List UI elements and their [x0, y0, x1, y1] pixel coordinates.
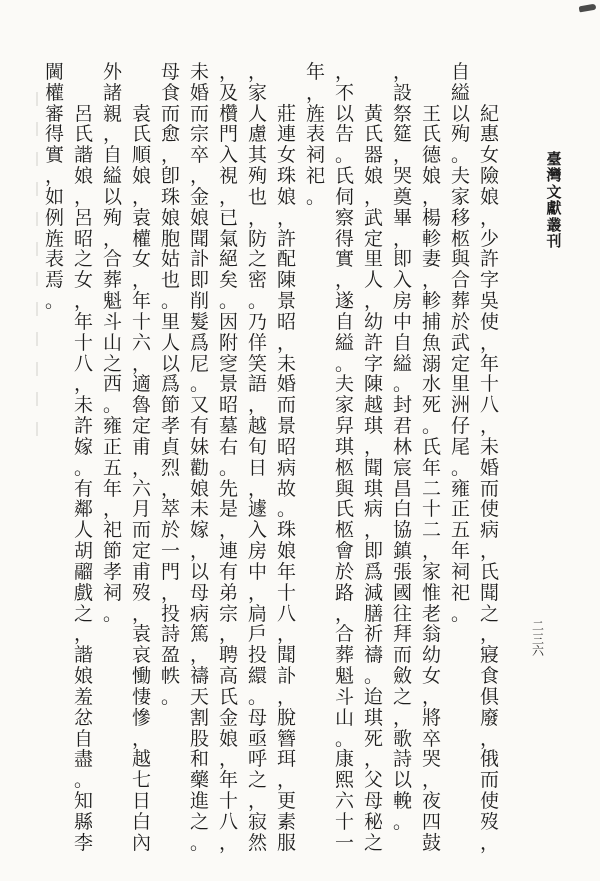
char-cell: 膳 — [363, 604, 384, 625]
char-cell: 二 — [532, 620, 544, 633]
char-cell: 水 — [421, 374, 442, 395]
char-cell: 字 — [479, 270, 500, 291]
char-cell: ， — [276, 333, 297, 354]
char-cell: 六 — [131, 479, 152, 500]
char-cell: ， — [276, 624, 297, 645]
char-cell: 是 — [218, 499, 239, 520]
char-cell: 實 — [334, 249, 355, 270]
char-cell: 柩 — [450, 229, 471, 250]
char-cell: ， — [479, 833, 500, 854]
char-cell: 陳 — [276, 270, 297, 291]
char-cell — [479, 62, 500, 83]
char-cell: ， — [479, 208, 500, 229]
char-cell: 景 — [218, 374, 239, 395]
char-cell: 宗 — [189, 124, 210, 145]
char-cell: 與 — [334, 479, 355, 500]
char-cell: ， — [189, 645, 210, 666]
char-cell: 路 — [334, 583, 355, 604]
char-cell: 藥 — [189, 770, 210, 791]
char-cell: 白 — [392, 499, 413, 520]
char-cell: 聞 — [363, 458, 384, 479]
char-cell: 禱 — [189, 666, 210, 687]
collection-title: 臺灣文獻叢刊 — [544, 151, 564, 249]
char-cell: 母 — [160, 62, 181, 83]
char-cell: 李 — [73, 833, 94, 854]
char-cell: 景 — [276, 291, 297, 312]
char-cell: ， — [131, 354, 152, 375]
char-cell: 人 — [363, 270, 384, 291]
char-cell: 嫁 — [73, 437, 94, 458]
char-cell: 莊 — [276, 104, 297, 125]
char-cell: 未 — [189, 62, 210, 83]
char-cell: 進 — [189, 791, 210, 812]
char-cell: 幼 — [363, 312, 384, 333]
char-cell: 越 — [131, 749, 152, 770]
char-cell — [276, 62, 297, 83]
char-cell: 。 — [218, 291, 239, 312]
char-cell: 昭 — [218, 395, 239, 416]
char-cell: 乃 — [247, 312, 268, 333]
char-cell: 國 — [392, 583, 413, 604]
char-cell: 年 — [102, 479, 123, 500]
char-cell: 二 — [421, 520, 442, 541]
char-cell: 之 — [73, 249, 94, 270]
char-cell: 權 — [131, 229, 152, 250]
char-cell: ， — [363, 749, 384, 770]
char-cell: 未 — [479, 437, 500, 458]
char-cell: 投 — [247, 645, 268, 666]
char-cell: 文 — [546, 184, 561, 200]
char-cell: 八 — [218, 812, 239, 833]
text-column: 黃氏器娘，武定里人，幼許字陳越琪，聞琪病，即爲減膳祈禱。迨琪死，父母秘之 — [359, 62, 388, 854]
char-cell: 氏 — [421, 124, 442, 145]
char-cell: 。 — [334, 729, 355, 750]
char-cell: 八 — [479, 395, 500, 416]
char-cell: ， — [363, 437, 384, 458]
char-cell: 更 — [276, 791, 297, 812]
char-cell: 娘 — [421, 166, 442, 187]
char-cell: 孝 — [160, 416, 181, 437]
char-cell: 有 — [189, 416, 210, 437]
char-cell: 祭 — [392, 104, 413, 125]
char-cell: 一 — [160, 541, 181, 562]
char-cell: ， — [189, 166, 210, 187]
char-cell: 旌 — [305, 104, 326, 125]
char-cell — [131, 62, 152, 83]
char-cell: 和 — [189, 749, 210, 770]
char-cell: 而 — [276, 395, 297, 416]
char-cell — [363, 62, 384, 83]
char-cell: ， — [102, 499, 123, 520]
char-cell — [421, 83, 442, 104]
char-cell: 氏 — [479, 562, 500, 583]
char-cell: 年 — [276, 562, 297, 583]
char-cell: 入 — [218, 145, 239, 166]
char-cell: 而 — [131, 520, 152, 541]
text-column: 外諸親，自縊以殉，合葬魁斗山之西。雍正五年，祀節孝祠。 — [98, 62, 127, 854]
char-cell: 也 — [247, 187, 268, 208]
char-cell: 烈 — [160, 458, 181, 479]
char-cell: 已 — [218, 208, 239, 229]
char-cell: 女 — [479, 145, 500, 166]
char-cell: ， — [421, 270, 442, 291]
char-cell: 以 — [392, 770, 413, 791]
char-cell: ， — [189, 541, 210, 562]
char-cell: 惠 — [479, 124, 500, 145]
scan-artifact-left-edge — [36, 92, 38, 452]
char-cell: 八 — [276, 604, 297, 625]
char-cell: 女 — [131, 249, 152, 270]
char-cell: ， — [334, 270, 355, 291]
char-cell: 移 — [450, 208, 471, 229]
char-cell: 俱 — [479, 687, 500, 708]
char-cell: 甫 — [131, 562, 152, 583]
char-cell: 。 — [44, 291, 65, 312]
char-cell: 娘 — [73, 666, 94, 687]
char-cell: ， — [392, 62, 413, 83]
char-cell: 門 — [160, 562, 181, 583]
char-cell: 氏 — [363, 124, 384, 145]
char-cell: 雍 — [102, 416, 123, 437]
char-cell: ， — [218, 833, 239, 854]
char-cell: ， — [363, 520, 384, 541]
char-cell: ， — [73, 374, 94, 395]
char-cell: ， — [73, 291, 94, 312]
char-cell: 娘 — [218, 729, 239, 750]
char-cell: 。 — [421, 416, 442, 437]
char-cell — [479, 83, 500, 104]
char-cell: 房 — [392, 291, 413, 312]
char-cell: 未 — [73, 395, 94, 416]
char-cell: 中 — [247, 562, 268, 583]
char-cell: 聞 — [479, 583, 500, 604]
char-cell: 附 — [218, 333, 239, 354]
char-cell: 金 — [189, 187, 210, 208]
char-cell: 表 — [44, 249, 65, 270]
char-cell: ， — [73, 187, 94, 208]
char-cell: 。 — [160, 291, 181, 312]
char-cell: 。 — [334, 145, 355, 166]
char-cell: ， — [131, 187, 152, 208]
char-cell: 昌 — [392, 479, 413, 500]
char-cell: 與 — [450, 249, 471, 270]
char-cell: 葬 — [102, 270, 123, 291]
char-cell: 捕 — [421, 312, 442, 333]
char-cell: ， — [334, 604, 355, 625]
char-cell: 人 — [247, 104, 268, 125]
char-cell: 家 — [334, 395, 355, 416]
char-cell: 筵 — [392, 124, 413, 145]
char-cell: 縣 — [73, 812, 94, 833]
char-cell: 縊 — [334, 333, 355, 354]
char-cell: 慘 — [131, 708, 152, 729]
char-cell: 簪 — [276, 729, 297, 750]
char-cell: 貞 — [160, 437, 181, 458]
char-cell: ， — [247, 479, 268, 500]
char-cell: 祀 — [102, 520, 123, 541]
char-cell: ， — [131, 458, 152, 479]
char-cell: 以 — [189, 562, 210, 583]
char-cell: 夫 — [334, 374, 355, 395]
char-cell: 戶 — [247, 624, 268, 645]
char-cell: ， — [276, 208, 297, 229]
char-cell: ， — [131, 729, 152, 750]
char-cell: 呂 — [73, 104, 94, 125]
char-cell: 婚 — [276, 374, 297, 395]
char-cell: 女 — [276, 145, 297, 166]
char-cell: 鬸 — [73, 562, 94, 583]
char-cell: 自 — [73, 729, 94, 750]
char-cell: 使 — [479, 312, 500, 333]
text-column: 紀惠女險娘，少許字吳使，年十八，未婚而使病，氏聞之，寢食俱廢，俄而使歿， — [475, 62, 504, 854]
char-cell: 親 — [102, 104, 123, 125]
char-cell: 器 — [363, 145, 384, 166]
char-cell: 節 — [102, 541, 123, 562]
char-cell: 聞 — [276, 645, 297, 666]
char-cell: 諸 — [102, 83, 123, 104]
char-cell: 即 — [189, 270, 210, 291]
char-cell: 。 — [247, 687, 268, 708]
char-cell: 年 — [73, 312, 94, 333]
scan-artifact-top-right — [579, 4, 597, 13]
char-cell: 於 — [334, 562, 355, 583]
char-cell: ， — [479, 729, 500, 750]
char-cell: 病 — [363, 499, 384, 520]
char-cell: 帙 — [160, 666, 181, 687]
char-cell: 之 — [102, 354, 123, 375]
char-cell: ， — [421, 770, 442, 791]
page-number: 二三六 — [530, 620, 546, 658]
char-cell: 禱 — [363, 645, 384, 666]
char-cell: 許 — [479, 249, 500, 270]
char-cell: 祠 — [305, 145, 326, 166]
char-cell: 林 — [392, 437, 413, 458]
char-cell: 繯 — [247, 666, 268, 687]
char-cell: 人 — [160, 333, 181, 354]
char-cell: 以 — [334, 104, 355, 125]
char-cell: 萃 — [160, 499, 181, 520]
char-cell: 以 — [102, 187, 123, 208]
char-cell: 康 — [334, 749, 355, 770]
char-cell: ， — [102, 124, 123, 145]
char-cell: 獻 — [546, 200, 561, 216]
text-column: 母食而愈，卽珠娘胞姑也。里人以爲節孝貞烈，萃於一門，投詩盈帙。 — [156, 62, 185, 854]
char-cell: ， — [218, 520, 239, 541]
char-cell: 妹 — [189, 437, 210, 458]
char-cell: 笑 — [247, 354, 268, 375]
char-cell: 。 — [189, 833, 210, 854]
text-column: 莊連女珠娘，許配陳景昭，未婚而景昭病故。珠娘年十八，聞訃，脫簪珥，更素服 — [272, 62, 301, 854]
char-cell: 割 — [189, 708, 210, 729]
char-cell: 不 — [334, 83, 355, 104]
char-cell: 合 — [450, 270, 471, 291]
char-cell: 軫 — [421, 291, 442, 312]
char-cell: 封 — [392, 395, 413, 416]
char-cell: 。 — [276, 499, 297, 520]
char-cell: ， — [479, 333, 500, 354]
char-cell: ， — [247, 62, 268, 83]
char-cell: 焉 — [44, 270, 65, 291]
char-cell: 夜 — [421, 791, 442, 812]
char-cell: 斗 — [334, 687, 355, 708]
char-cell: 哀 — [131, 645, 152, 666]
char-cell: ， — [247, 208, 268, 229]
char-cell: 楊 — [421, 208, 442, 229]
char-cell: 以 — [450, 104, 471, 125]
char-cell: 珠 — [276, 166, 297, 187]
char-cell: 王 — [421, 104, 442, 125]
char-cell: 娘 — [363, 166, 384, 187]
char-cell: 母 — [247, 708, 268, 729]
char-cell: ， — [479, 541, 500, 562]
char-cell: 六 — [334, 791, 355, 812]
char-cell: 然 — [247, 833, 268, 854]
char-cell: 胡 — [73, 541, 94, 562]
char-cell: 死 — [421, 395, 442, 416]
char-cell: 門 — [218, 124, 239, 145]
char-cell: 減 — [363, 583, 384, 604]
char-cell: 叢 — [546, 217, 561, 233]
char-cell: 愈 — [160, 124, 181, 145]
char-cell: 卽 — [160, 166, 181, 187]
char-cell: 連 — [218, 541, 239, 562]
char-cell: ， — [160, 145, 181, 166]
char-cell: 老 — [421, 604, 442, 625]
char-cell — [276, 83, 297, 104]
char-cell: 歌 — [392, 729, 413, 750]
char-cell: 縊 — [102, 166, 123, 187]
char-cell: 袁 — [131, 624, 152, 645]
char-cell: 十 — [334, 812, 355, 833]
char-cell: 雍 — [450, 479, 471, 500]
char-cell: 德 — [421, 145, 442, 166]
char-cell: 舁 — [334, 416, 355, 437]
char-cell: 年 — [305, 62, 326, 83]
char-cell: 聞 — [189, 229, 210, 250]
char-cell: 即 — [392, 249, 413, 270]
char-cell: 而 — [392, 645, 413, 666]
char-cell: 矣 — [218, 270, 239, 291]
char-cell: 。 — [247, 291, 268, 312]
char-cell: 定 — [131, 416, 152, 437]
char-cell: 即 — [363, 541, 384, 562]
char-cell: 俄 — [479, 749, 500, 770]
char-cell: 字 — [363, 354, 384, 375]
char-cell: 五 — [450, 520, 471, 541]
char-cell: 悽 — [131, 687, 152, 708]
char-cell — [363, 83, 384, 104]
char-cell: 戲 — [73, 583, 94, 604]
char-cell: 許 — [276, 229, 297, 250]
char-cell: ， — [247, 791, 268, 812]
char-cell: 節 — [160, 395, 181, 416]
char-cell: 外 — [102, 62, 123, 83]
char-cell: 訃 — [276, 666, 297, 687]
char-cell: 月 — [131, 499, 152, 520]
char-cell: 之 — [247, 770, 268, 791]
char-cell: 語 — [247, 374, 268, 395]
char-cell: 也 — [160, 270, 181, 291]
char-cell: 魁 — [334, 666, 355, 687]
char-cell: 斂 — [392, 666, 413, 687]
char-cell: 姑 — [160, 249, 181, 270]
char-cell: 氏 — [218, 687, 239, 708]
char-cell: 縊 — [450, 83, 471, 104]
char-cell: 有 — [218, 562, 239, 583]
char-cell: 日 — [131, 791, 152, 812]
char-cell: 金 — [218, 708, 239, 729]
char-cell: ， — [218, 749, 239, 770]
char-cell: ， — [276, 770, 297, 791]
text-column: 袁氏順娘，袁權女，年十六，適魯定甫，六月而定甫歿，袁哀慟悽慘，越七日白內 — [127, 62, 156, 854]
char-cell: 宸 — [392, 458, 413, 479]
char-cell: ， — [218, 62, 239, 83]
char-cell: 定 — [450, 354, 471, 375]
char-cell: 母 — [189, 583, 210, 604]
char-cell: 得 — [44, 124, 65, 145]
char-cell: 慮 — [247, 124, 268, 145]
char-cell: 中 — [392, 312, 413, 333]
char-cell: 使 — [479, 791, 500, 812]
char-cell: 右 — [218, 437, 239, 458]
char-cell: 女 — [421, 666, 442, 687]
char-cell: 拜 — [392, 624, 413, 645]
char-cell: 忿 — [73, 708, 94, 729]
char-cell: 察 — [334, 208, 355, 229]
char-cell: 祠 — [102, 583, 123, 604]
char-cell: 而 — [160, 104, 181, 125]
char-cell: 。 — [73, 458, 94, 479]
char-cell: 日 — [247, 458, 268, 479]
char-cell: ， — [247, 583, 268, 604]
char-cell: 年 — [479, 354, 500, 375]
char-cell: 夫 — [450, 166, 471, 187]
char-cell: 協 — [392, 520, 413, 541]
char-cell: 紀 — [479, 104, 500, 125]
char-cell: 軫 — [421, 229, 442, 250]
char-cell: 而 — [479, 770, 500, 791]
char-cell: 合 — [334, 624, 355, 645]
char-cell: ， — [363, 291, 384, 312]
char-cell: 。 — [102, 604, 123, 625]
char-cell: 詩 — [392, 749, 413, 770]
char-cell: 柩 — [334, 458, 355, 479]
char-cell: 。 — [392, 374, 413, 395]
char-cell: 氏 — [334, 166, 355, 187]
char-cell: 黃 — [363, 104, 384, 125]
char-cell: 十 — [73, 333, 94, 354]
char-cell: 魯 — [131, 395, 152, 416]
text-column: 未婚而宗卒，金娘聞訃即削髮爲尼。又有妹勸娘未嫁，以母病篤，禱天割股和藥進之。 — [185, 62, 214, 854]
char-cell: 股 — [189, 729, 210, 750]
char-cell: 殉 — [450, 124, 471, 145]
char-cell — [73, 62, 94, 83]
char-cell: 爲 — [363, 562, 384, 583]
char-cell: 天 — [189, 687, 210, 708]
char-cell: 絕 — [218, 249, 239, 270]
char-cell: 珠 — [160, 187, 181, 208]
char-cell: 西 — [102, 374, 123, 395]
char-cell: 女 — [73, 270, 94, 291]
char-cell: 使 — [479, 499, 500, 520]
char-cell: 斗 — [102, 312, 123, 333]
text-column: ，設祭筵，哭奠畢，即入房中自縊。封君林宸昌白協鎮張國往拜而斂之，歌詩以輓。 — [388, 62, 417, 854]
char-cell: 髮 — [189, 312, 210, 333]
char-cell: 殉 — [102, 208, 123, 229]
char-cell — [73, 83, 94, 104]
char-cell: 六 — [131, 333, 152, 354]
char-cell: 自 — [102, 145, 123, 166]
